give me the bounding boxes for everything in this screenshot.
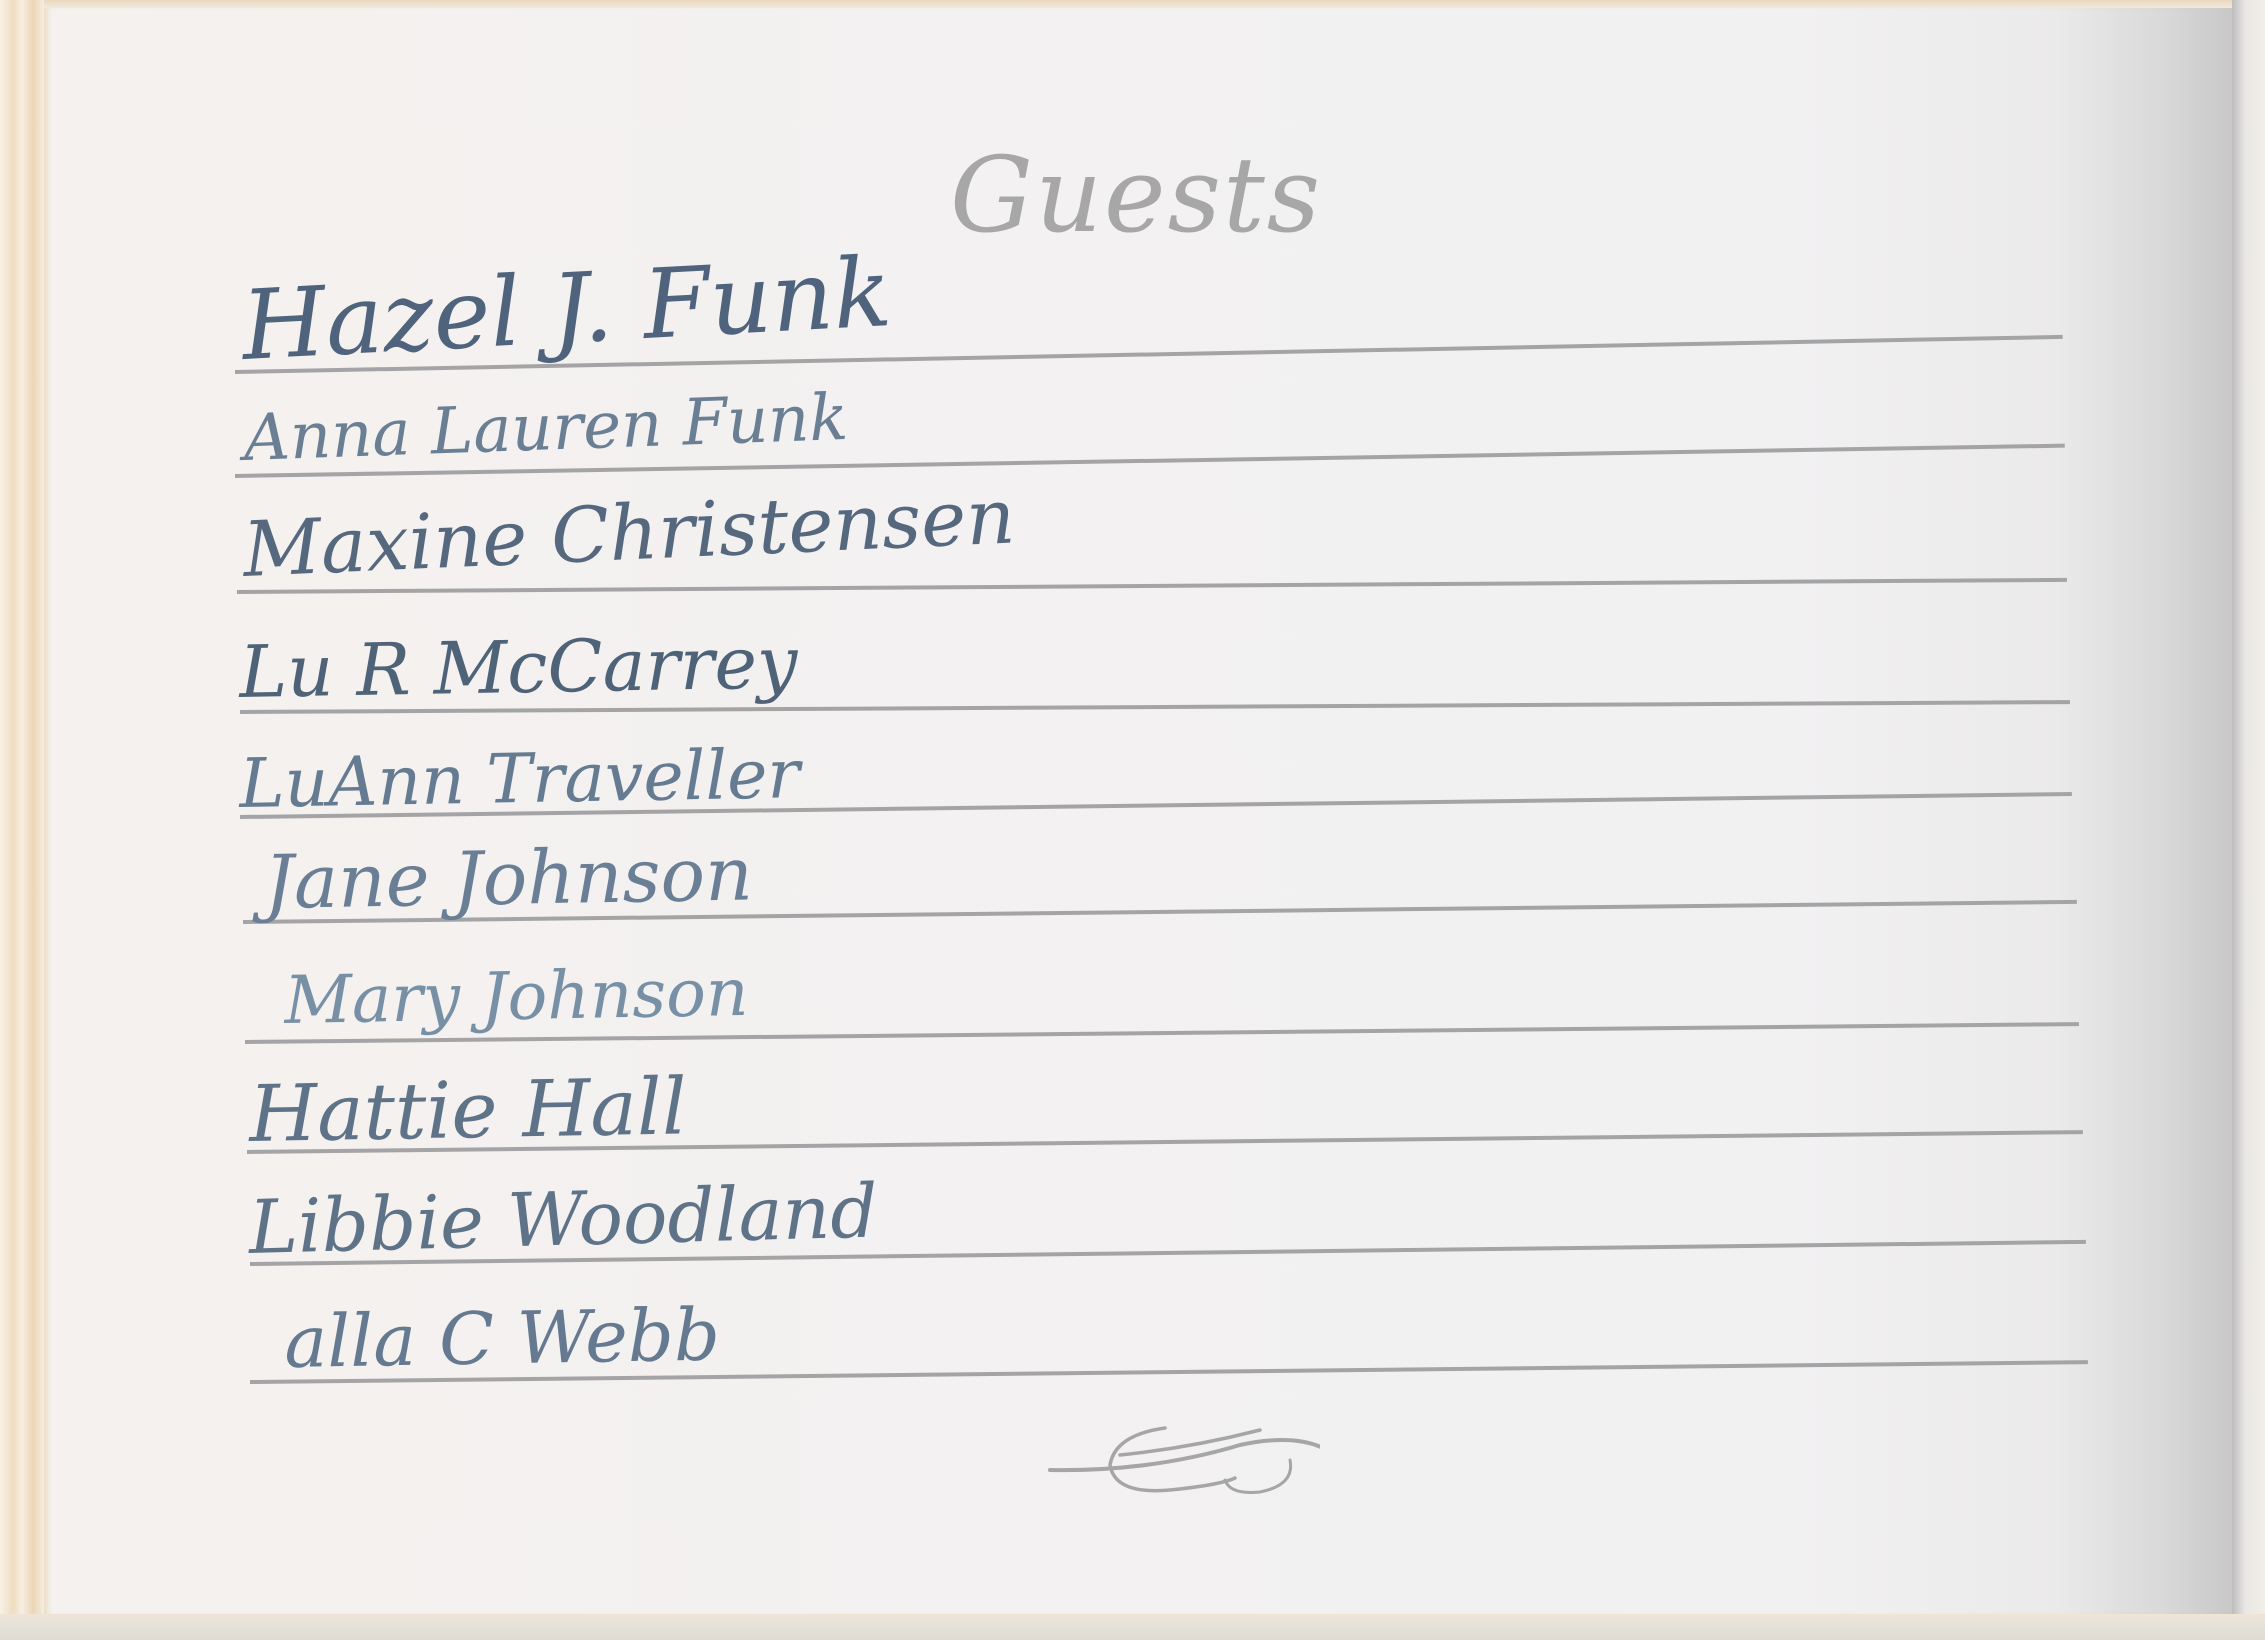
guest-signature: Hattie Hall	[248, 1062, 687, 1160]
guest-signature: Lu R McCarrey	[239, 620, 799, 714]
guest-book-spread: Guests Hazel J. Funk Anna Lauren Funk Ma…	[0, 0, 2265, 1640]
guest-signature: alla C Webb	[284, 1292, 721, 1384]
page-heading: Guests	[950, 125, 1330, 265]
guest-signature: Jane Johnson	[263, 831, 753, 926]
guest-signature: Libbie Woodland	[248, 1169, 879, 1271]
flourish-ornament-icon	[1020, 1410, 1320, 1510]
guest-signature: LuAnn Traveller	[239, 735, 801, 824]
page-left-edge	[0, 0, 44, 1640]
binding-gutter	[2232, 0, 2265, 1640]
page-bottom-edge	[0, 1614, 2265, 1640]
guest-signature: Mary Johnson	[284, 954, 749, 1039]
